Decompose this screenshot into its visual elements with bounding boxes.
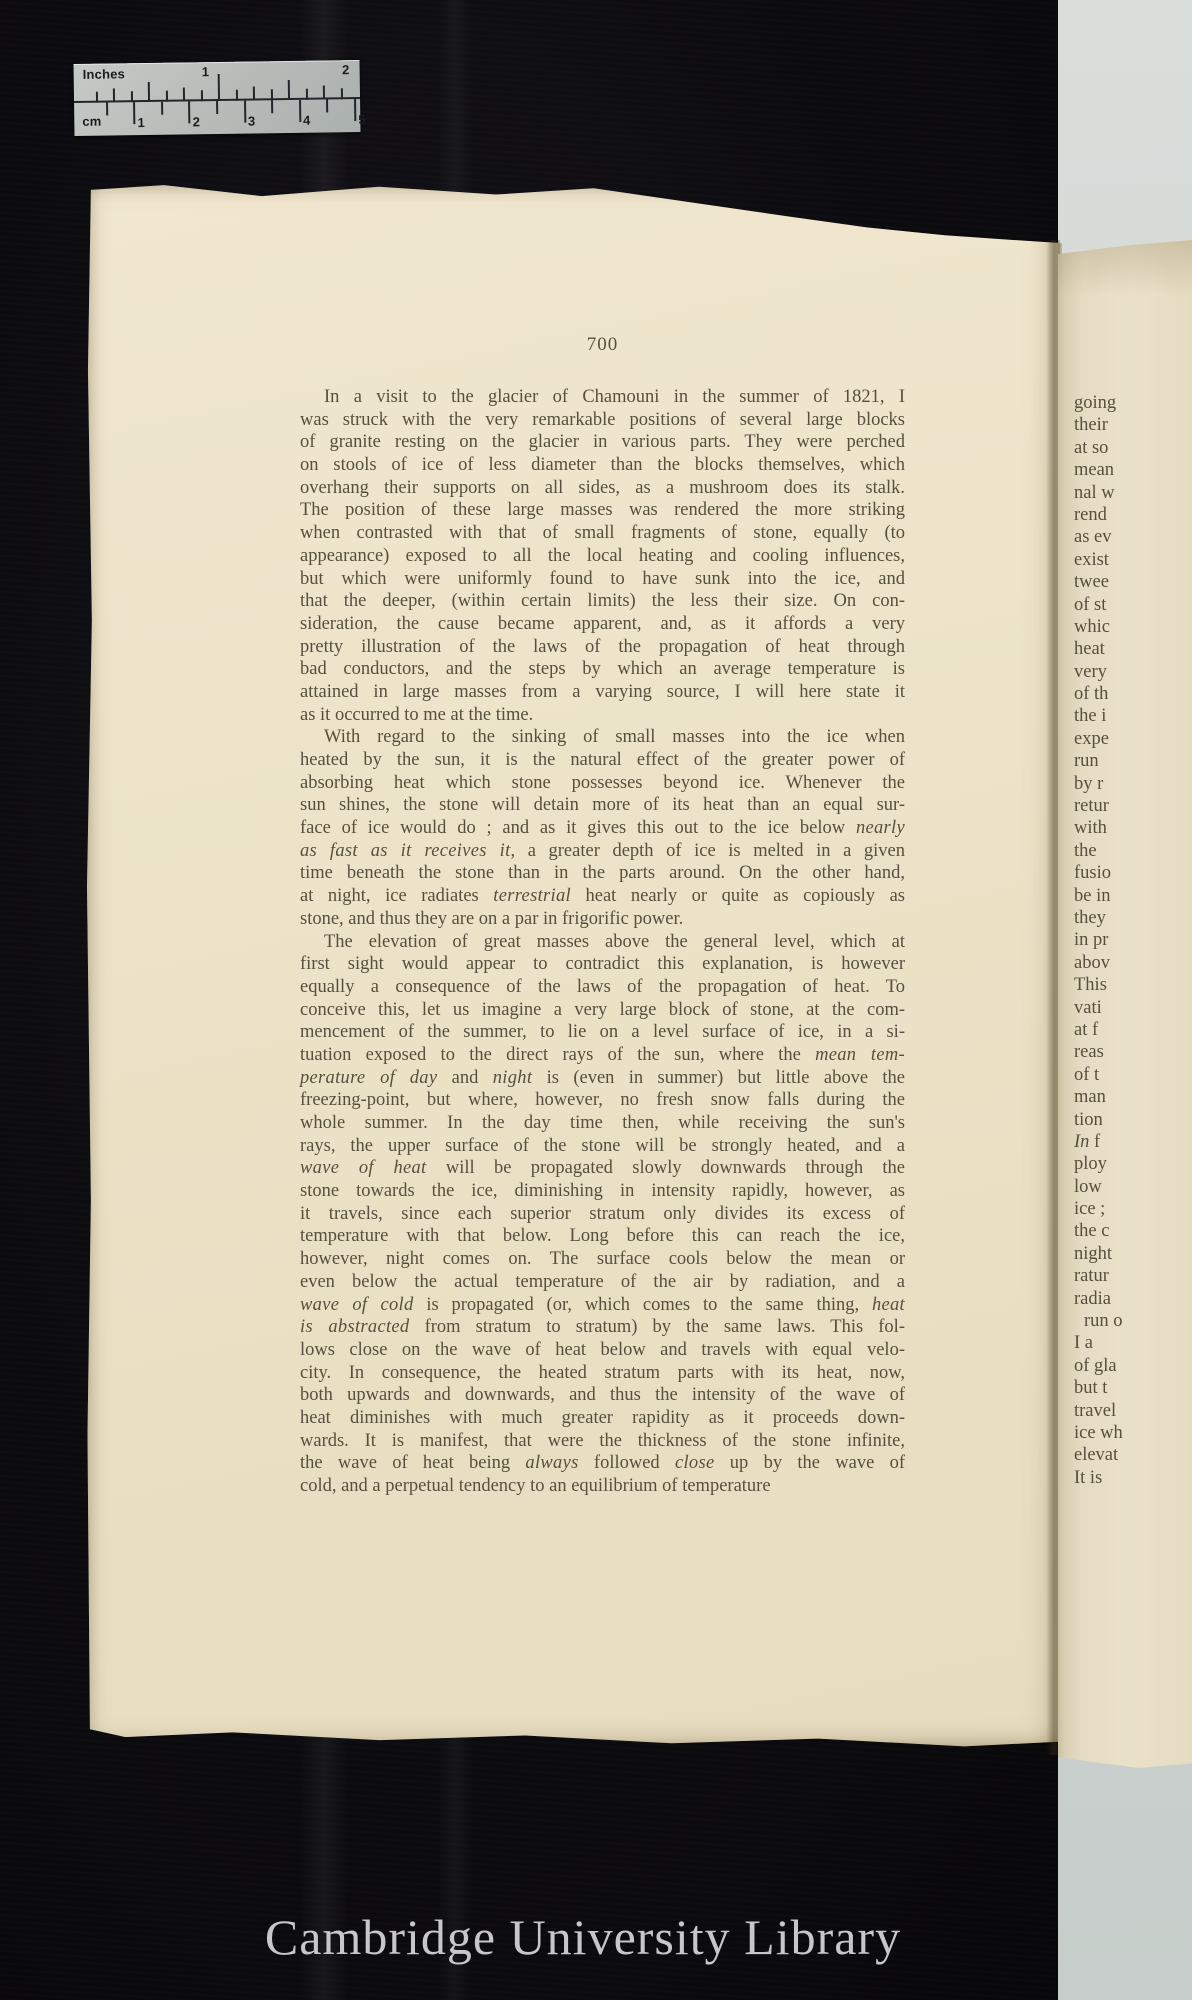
recto-text-line: night xyxy=(1074,1243,1192,1265)
page-number: 700 xyxy=(300,334,905,356)
recto-text-line: by r xyxy=(1074,773,1192,795)
text-line: equally a consequence of the laws of the… xyxy=(300,976,905,999)
text-line: whole summer. In the day time then, whil… xyxy=(300,1112,905,1135)
ruler-tick xyxy=(323,85,325,99)
recto-text-line: whic xyxy=(1074,616,1192,638)
recto-text-line: tion xyxy=(1074,1109,1192,1131)
ruler-tick xyxy=(148,82,150,102)
recto-text-line: as ev xyxy=(1074,526,1192,548)
ruler-tick xyxy=(130,91,132,102)
text-line: temperature with that below. Long before… xyxy=(300,1225,905,1248)
recto-text-line: travel xyxy=(1074,1400,1192,1422)
recto-text-line: going xyxy=(1074,392,1192,414)
ruler-tick xyxy=(216,101,218,114)
ruler-tick xyxy=(306,89,308,100)
recto-text-line: ice ; xyxy=(1074,1198,1192,1220)
text-line: sun shines, the stone will detain more o… xyxy=(300,794,905,817)
recto-text-line: It is xyxy=(1074,1467,1192,1489)
page-text: In a visit to the glacier of Chamouni in… xyxy=(300,386,905,1498)
text-line: was struck with the very remarkable posi… xyxy=(300,409,905,432)
ruler-tick xyxy=(218,74,220,101)
ruler-cm-number: 4 xyxy=(303,113,310,128)
ruler-tick xyxy=(244,101,246,123)
recto-text-line: expe xyxy=(1074,728,1192,750)
text-line: face of ice would do ; and as it gives t… xyxy=(300,817,905,840)
library-watermark: Cambridge University Library xyxy=(0,1908,1166,1966)
recto-text-line: of th xyxy=(1074,683,1192,705)
recto-text-line: they xyxy=(1074,907,1192,929)
recto-text-line: their xyxy=(1074,414,1192,436)
recto-text-line: but t xyxy=(1074,1377,1192,1399)
ruler-cm-number: 5 xyxy=(358,112,365,127)
ruler-inch-number: 2 xyxy=(342,62,349,77)
recto-text-line: ice wh xyxy=(1074,1422,1192,1444)
recto-text-line: the c xyxy=(1074,1220,1192,1242)
text-line: wave of cold is propagated (or, which co… xyxy=(300,1294,905,1317)
text-line: time beneath the stone than in the parts… xyxy=(300,862,905,885)
recto-text-line: nal w xyxy=(1074,482,1192,504)
text-line: heat diminishes with much greater rapidi… xyxy=(300,1407,905,1430)
text-line: conceive this, let us imagine a very lar… xyxy=(300,999,905,1022)
text-line: mencement of the summer, to lie on a lev… xyxy=(300,1021,905,1044)
text-line: tuation exposed to the direct rays of th… xyxy=(300,1044,905,1067)
ruler-tick xyxy=(95,92,97,103)
ruler-tick xyxy=(166,91,168,102)
measuring-ruler: Inches cm 1212345 xyxy=(74,60,361,136)
recto-text-line: I a xyxy=(1074,1332,1192,1354)
ruler-tick xyxy=(113,88,115,102)
text-line: wave of heat will be propagated slowly d… xyxy=(300,1157,905,1180)
ruler-inches-label: Inches xyxy=(83,66,126,82)
ruler-tick xyxy=(271,100,273,113)
recto-text-line: of gla xyxy=(1074,1355,1192,1377)
recto-text-line: fusio xyxy=(1074,862,1192,884)
text-line: The elevation of great masses above the … xyxy=(300,931,905,954)
text-line: cold, and a perpetual tendency to an equ… xyxy=(300,1475,905,1498)
ruler-tick xyxy=(288,80,290,100)
text-line: With regard to the sinking of small mass… xyxy=(300,726,905,749)
recto-text-line: the xyxy=(1074,840,1192,862)
recto-page: goingtheirat someannal wrendas evexisttw… xyxy=(1058,240,1192,1768)
text-line: absorbing heat which stone possesses bey… xyxy=(300,772,905,795)
recto-text-line: mean xyxy=(1074,459,1192,481)
text-line: perature of day and night is (even in su… xyxy=(300,1067,905,1090)
recto-text-line: at f xyxy=(1074,1019,1192,1041)
recto-text-line: of st xyxy=(1074,594,1192,616)
text-line: as fast as it receives it, a greater dep… xyxy=(300,840,905,863)
ruler-tick xyxy=(326,99,328,112)
text-line: it travels, since each superior stratum … xyxy=(300,1203,905,1226)
ruler-inch-number: 1 xyxy=(202,64,209,79)
text-line: city. In consequence, the heated stratum… xyxy=(300,1362,905,1385)
text-line: of granite resting on the glacier in var… xyxy=(300,431,905,454)
recto-text-line: low xyxy=(1074,1176,1192,1198)
ruler-cm-number: 2 xyxy=(193,114,200,129)
ruler-tick xyxy=(236,90,238,101)
ruler-cm-number: 1 xyxy=(137,115,144,130)
recto-text-line: very xyxy=(1074,661,1192,683)
text-line: appearance) exposed to all the local hea… xyxy=(300,545,905,568)
recto-text-line: of t xyxy=(1074,1064,1192,1086)
text-line: stone, and thus they are on a par in fri… xyxy=(300,908,905,931)
recto-text-line: vati xyxy=(1074,997,1192,1019)
recto-text-line: heat xyxy=(1074,638,1192,660)
recto-text-line: abov xyxy=(1074,952,1192,974)
ruler-tick xyxy=(253,86,255,100)
recto-text-line: man xyxy=(1074,1086,1192,1108)
recto-text-line: exist xyxy=(1074,549,1192,571)
recto-text-line: run o xyxy=(1074,1310,1192,1332)
text-line: the wave of heat being always followed c… xyxy=(300,1452,905,1475)
text-line: at night, ice radiates terrestrial heat … xyxy=(300,885,905,908)
verso-page: 700 In a visit to the glacier of Chamoun… xyxy=(86,182,1062,1748)
text-line: attained in large masses from a varying … xyxy=(300,681,905,704)
recto-text-line: ploy xyxy=(1074,1153,1192,1175)
ruler-tick xyxy=(271,89,273,100)
text-line: wards. It is manifest, that were the thi… xyxy=(300,1430,905,1453)
recto-text-line: run xyxy=(1074,750,1192,772)
text-line: both upwards and downwards, and thus the… xyxy=(300,1384,905,1407)
ruler-tick xyxy=(354,99,356,121)
ruler-tick xyxy=(133,102,135,124)
ruler-tick xyxy=(201,90,203,101)
recto-text-line: twee xyxy=(1074,571,1192,593)
text-line: stone towards the ice, diminishing in in… xyxy=(300,1180,905,1203)
recto-text-line: retur xyxy=(1074,795,1192,817)
text-line: sideration, the cause became apparent, a… xyxy=(300,613,905,636)
recto-text-line: with xyxy=(1074,817,1192,839)
ruler-cm-number: 3 xyxy=(248,113,255,128)
recto-text-line: rend xyxy=(1074,504,1192,526)
text-line: The position of these large masses was r… xyxy=(300,499,905,522)
text-line: as it occurred to me at the time. xyxy=(300,704,905,727)
ruler-tick xyxy=(188,101,190,123)
gutter-shadow xyxy=(1046,240,1060,1755)
ruler-tick xyxy=(299,100,301,122)
text-line: bad conductors, and the steps by which a… xyxy=(300,658,905,681)
text-line: even below the actual temperature of the… xyxy=(300,1271,905,1294)
recto-text-line: be in xyxy=(1074,885,1192,907)
text-line: but which were uniformly found to have s… xyxy=(300,568,905,591)
text-line: freezing-point, but where, however, no f… xyxy=(300,1089,905,1112)
text-line: overhang their supports on all sides, as… xyxy=(300,477,905,500)
recto-text-line: at so xyxy=(1074,437,1192,459)
ruler-tick xyxy=(106,103,108,116)
text-line: rays, the upper surface of the stone wil… xyxy=(300,1135,905,1158)
text-line: In a visit to the glacier of Chamouni in… xyxy=(300,386,905,409)
text-line: that the deeper, (within certain limits)… xyxy=(300,590,905,613)
scanned-book-photo: Inches cm 1212345 700 In a visit to the … xyxy=(0,0,1192,2000)
recto-text-line: This xyxy=(1074,974,1192,996)
recto-text-line: In f xyxy=(1074,1131,1192,1153)
ruler-tick xyxy=(161,102,163,115)
ruler-cm-label: cm xyxy=(82,114,101,129)
text-line: however, night comes on. The surface coo… xyxy=(300,1248,905,1271)
ruler-tick xyxy=(341,88,343,99)
recto-text-line: elevat xyxy=(1074,1444,1192,1466)
recto-text-line: the i xyxy=(1074,705,1192,727)
ruler-tick xyxy=(183,87,185,101)
recto-text-line: reas xyxy=(1074,1041,1192,1063)
text-line: heated by the sun, it is the natural eff… xyxy=(300,749,905,772)
recto-text-line: radia xyxy=(1074,1288,1192,1310)
text-line: on stools of ice of less diameter than t… xyxy=(300,454,905,477)
text-line: when contrasted with that of small fragm… xyxy=(300,522,905,545)
text-line: first sight would appear to contradict t… xyxy=(300,953,905,976)
text-line: lows close on the wave of heat below and… xyxy=(300,1339,905,1362)
recto-page-text: goingtheirat someannal wrendas evexisttw… xyxy=(1074,392,1192,1489)
recto-text-line: ratur xyxy=(1074,1265,1192,1287)
text-line: is abstracted from stratum to stratum) b… xyxy=(300,1316,905,1339)
text-line: pretty illustration of the laws of the p… xyxy=(300,636,905,659)
recto-text-line: in pr xyxy=(1074,929,1192,951)
